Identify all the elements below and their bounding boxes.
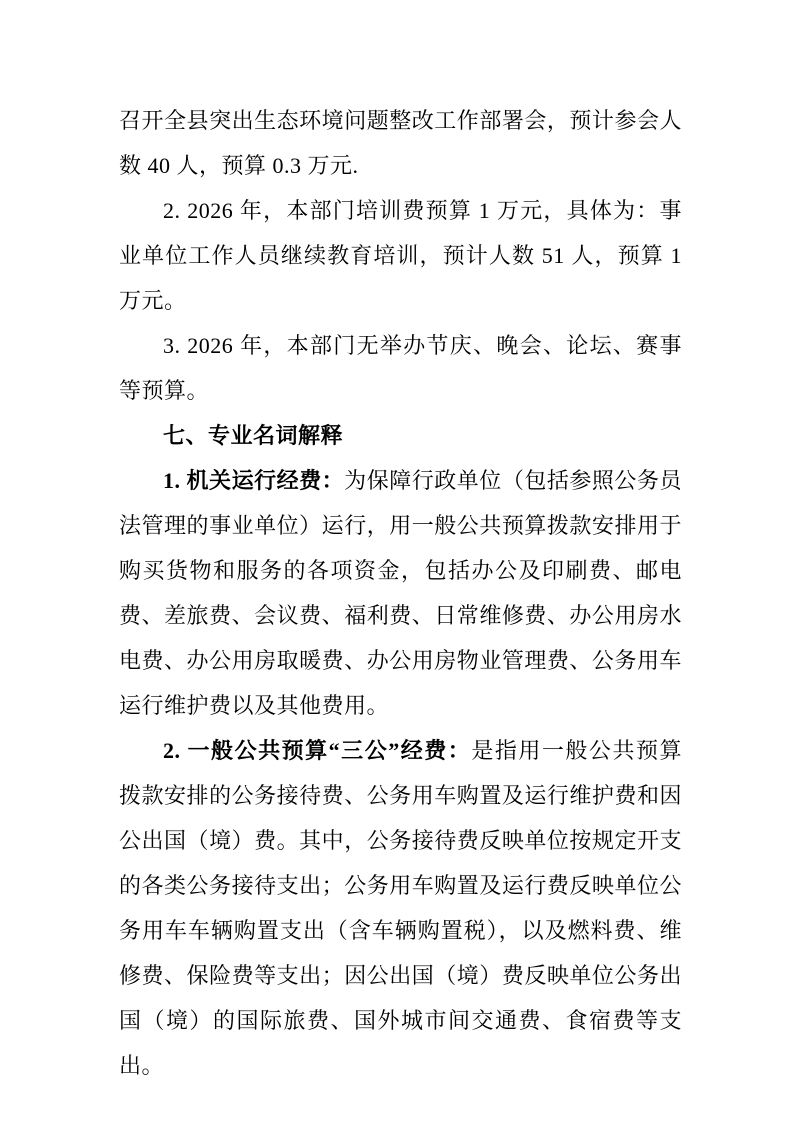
term-title: 1. 机关运行经费： (163, 468, 344, 493)
section-heading-text: 七、专业名词解释 (163, 423, 343, 448)
document-body: 召开全县突出生态环境问题整改工作部署会，预计参会人数 40 人，预算 0.3 万… (119, 98, 682, 1088)
paragraph-training-budget: 2. 2026 年，本部门培训费预算 1 万元，具体为：事业单位工作人员继续教育… (119, 188, 682, 323)
document-page: 召开全县突出生态环境问题整改工作部署会，预计参会人数 40 人，预算 0.3 万… (0, 0, 793, 1122)
paragraph-no-events: 3. 2026 年，本部门无举办节庆、晚会、论坛、赛事等预算。 (119, 323, 682, 413)
term-title: 2. 一般公共预算“三公”经费： (163, 738, 471, 763)
paragraph-text: 3. 2026 年，本部门无举办节庆、晚会、论坛、赛事等预算。 (119, 333, 682, 403)
paragraph-term-three-public-funds: 2. 一般公共预算“三公”经费：是指用一般公共预算拨款安排的公务接待费、公务用车… (119, 728, 682, 1088)
paragraph-meeting-budget: 召开全县突出生态环境问题整改工作部署会，预计参会人数 40 人，预算 0.3 万… (119, 98, 682, 188)
paragraph-text: 召开全县突出生态环境问题整改工作部署会，预计参会人数 40 人，预算 0.3 万… (119, 108, 682, 178)
paragraph-text: 2. 2026 年，本部门培训费预算 1 万元，具体为：事业单位工作人员继续教育… (119, 198, 682, 313)
term-definition-text: 是指用一般公共预算拨款安排的公务接待费、公务用车购置及运行维护费和因公出国（境）… (119, 738, 682, 1078)
term-definition-text: 为保障行政单位（包括参照公务员法管理的事业单位）运行，用一般公共预算拨款安排用于… (119, 468, 682, 718)
paragraph-term-operating-funds: 1. 机关运行经费：为保障行政单位（包括参照公务员法管理的事业单位）运行，用一般… (119, 458, 682, 728)
section-heading-glossary: 七、专业名词解释 (119, 413, 682, 458)
